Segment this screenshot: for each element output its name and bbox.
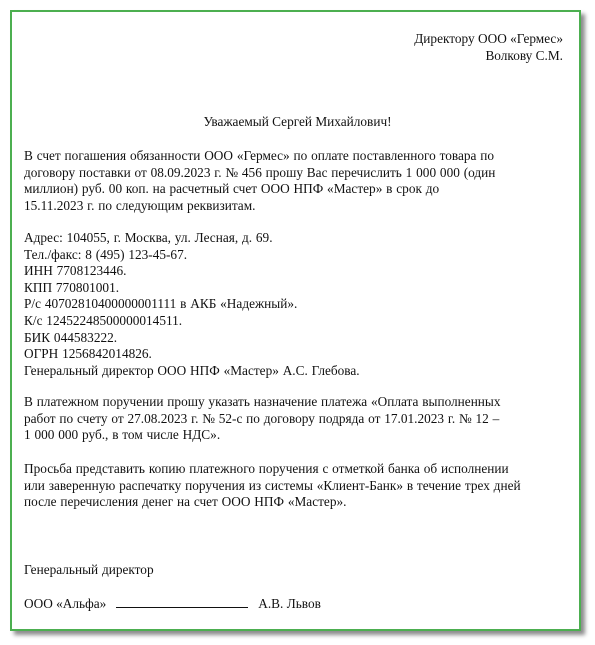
requisite-inn: ИНН 7708123446. [24,263,569,280]
signature-title: Генеральный директор [24,562,569,579]
requisite-kpp: КПП 770801001. [24,280,569,297]
text-line: или заверенную распечатку поручения из с… [24,478,569,495]
addressee-block: Директору ООО «Гермес» Волкову С.М. [263,31,563,64]
salutation: Уважаемый Сергей Михайлович! [0,114,595,131]
signature-row: ООО «Альфа»А.В. Львов [24,596,321,613]
requisite-corr-account: К/с 12452248500000014511. [24,313,569,330]
requisite-address: Адрес: 104055, г. Москва, ул. Лесная, д.… [24,230,569,247]
signer-name: А.В. Львов [258,596,321,611]
requisite-phone: Тел./факс: 8 (495) 123-45-67. [24,247,569,264]
paragraph-payment-purpose: В платежном поручении прошу указать назн… [24,394,569,444]
paragraph-copy-request: Просьба представить копию платежного пор… [24,461,569,511]
signature-line [116,596,248,608]
text-line: работ по счету от 27.08.2023 г. № 52-с п… [24,411,569,428]
text-line: после перечисления денег на счет ООО НПФ… [24,494,569,511]
text-line: 15.11.2023 г. по следующим реквизитам. [24,198,569,215]
signer-position: Генеральный директор [24,562,569,579]
text-line: миллион) руб. 00 коп. на расчетный счет … [24,181,569,198]
text-line: 1 000 000 руб., в том числе НДС». [24,427,569,444]
requisite-bik: БИК 044583222. [24,330,569,347]
addressee-name: Волкову С.М. [263,48,563,65]
paragraph-payment-request: В счет погашения обязанности ООО «Гермес… [24,148,569,214]
requisite-account: Р/с 40702810400000001111 в АКБ «Надежный… [24,296,569,313]
text-line: договору поставки от 08.09.2023 г. № 456… [24,165,569,182]
text-line: Просьба представить копию платежного пор… [24,461,569,478]
requisite-director: Генеральный директор ООО НПФ «Мастер» А.… [24,363,569,380]
text-line: В счет погашения обязанности ООО «Гермес… [24,148,569,165]
requisite-ogrn: ОГРН 1256842014826. [24,346,569,363]
text-line: В платежном поручении прошу указать назн… [24,394,569,411]
bank-requisites: Адрес: 104055, г. Москва, ул. Лесная, д.… [24,230,569,379]
signer-company: ООО «Альфа» [24,596,106,611]
addressee-position: Директору ООО «Гермес» [263,31,563,48]
